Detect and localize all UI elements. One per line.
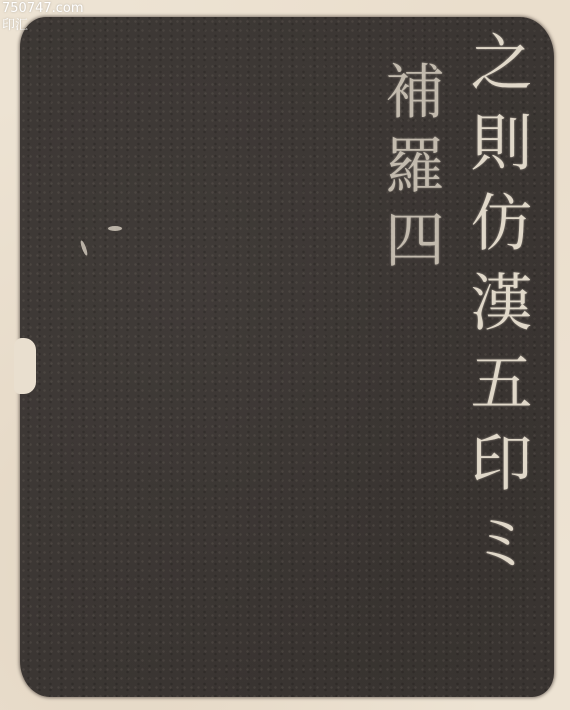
- watermark: 750747.com 印汇: [2, 0, 84, 34]
- inscription-left-column: 補羅四: [380, 60, 440, 282]
- inscription-right-column: 之則仿漢五印ミ: [465, 30, 527, 590]
- stray-mark: [108, 226, 122, 231]
- edge-chip: [14, 338, 36, 394]
- watermark-site: 750747.com: [2, 0, 84, 17]
- watermark-brand: 印汇: [2, 17, 84, 34]
